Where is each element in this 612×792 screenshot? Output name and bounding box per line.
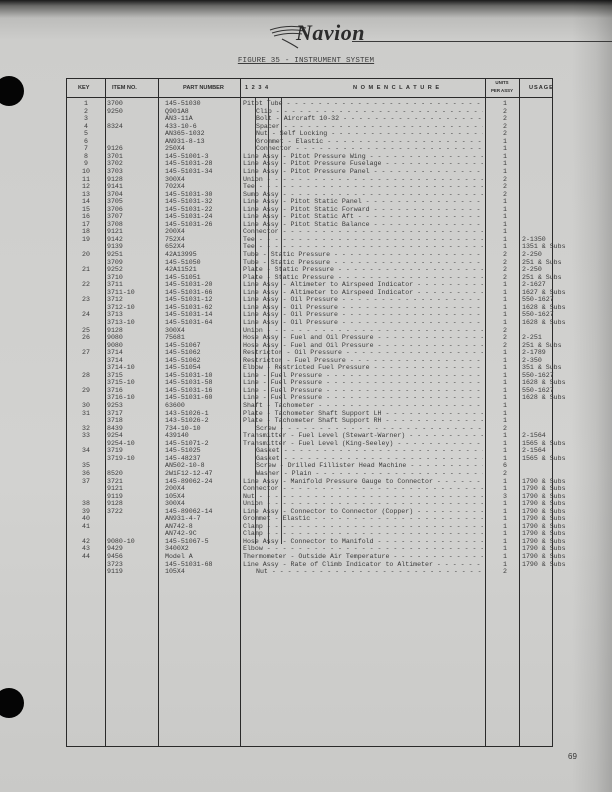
nomenclature-text: Clamp — [243, 523, 263, 530]
cell-item-no: 9252 — [107, 266, 123, 274]
cell-nomenclature: Nut - - - - - - - - - - - - - - - - - - … — [256, 568, 483, 576]
cell-nomenclature: Line Assy - Rate of Climb Indicator to A… — [243, 561, 483, 569]
cell-usage: 2-1564 — [522, 432, 546, 440]
header-usage: USAGE — [529, 85, 554, 91]
nomenclature-text: Elbow - Restricted Fuel Pressure — [243, 364, 370, 371]
cell-part-number: AN742-9C — [165, 530, 197, 538]
cell-units: 1 — [495, 387, 515, 395]
cell-nomenclature: Union - - - - - - - - - - - - - - - - - … — [243, 327, 483, 335]
cell-nomenclature: Connector - - - - - - - - - - - - - - - … — [243, 485, 483, 493]
cell-usage: 1628 & Subs — [522, 304, 566, 312]
cell-units: 1 — [495, 221, 515, 229]
cell-item-no: 3721 — [107, 478, 123, 486]
leader-dashes: - - - - - - - - - - - - - - - - - - - - … — [280, 455, 483, 462]
cell-part-number: 145-89062-14 — [165, 508, 212, 516]
nomenclature-text: Plate - Tachometer Shaft Support RH — [243, 417, 382, 424]
cell-key: 43 — [67, 545, 105, 553]
table-row: 3716-10145-51031-6011628 & SubsLine - Fu… — [67, 394, 552, 402]
table-row: 3709145-510502251 & SubsTube - Static Pr… — [67, 259, 552, 267]
cell-nomenclature: Nut - Self Locking - - - - - - - - - - -… — [256, 130, 483, 138]
cell-key: 34 — [67, 447, 105, 455]
cell-key: 5 — [67, 130, 105, 138]
nomenclature-text: Line Assy - Manifold Pressure Gauge to C… — [243, 478, 433, 485]
cell-units: 2 — [495, 327, 515, 335]
nomenclature-text: Transmitter - Fuel Level (King-Seeley) — [243, 440, 393, 447]
cell-item-no: 3718 — [107, 417, 123, 425]
cell-units: 1 — [495, 357, 515, 365]
leader-dashes: - - - - - - - - - - - - - - - - - - - - … — [389, 553, 483, 560]
cell-key: 39 — [67, 508, 105, 516]
cell-part-number: 143-51026-2 — [165, 417, 209, 425]
cell-nomenclature: Hose Assy - Fuel and Oil Pressure - - - … — [243, 334, 483, 342]
table-row: 48324433-10-62Spacer - - - - - - - - - -… — [67, 123, 552, 131]
cell-item-no: 3711 — [107, 281, 123, 289]
cell-nomenclature: Line Assy - Pitot Pressure Fuselage - - … — [243, 160, 483, 168]
cell-item-no: 9080 — [107, 334, 123, 342]
nomenclature-text: Plate - Static Pressure — [243, 274, 334, 281]
cell-key: 42 — [67, 538, 105, 546]
cell-key: 3 — [67, 115, 105, 123]
table-row: 9119105X431790 & SubsNut - - - - - - - -… — [67, 493, 552, 501]
leader-dashes: - - - - - - - - - - - - - - - - - - - - … — [279, 191, 483, 198]
cell-item-no: 3714 — [107, 349, 123, 357]
cell-key: 15 — [67, 206, 105, 214]
cell-item-no: 8324 — [107, 123, 123, 131]
header-units-line1: UNITS — [485, 80, 519, 85]
leader-dashes: - - - - - - - - - - - - - - - - - - - - … — [263, 327, 483, 334]
leader-dashes: - - - - - - - - - - - - - - - - - - - - … — [322, 379, 483, 386]
leader-dashes: - - - - - - - - - - - - - - - - - - - - … — [311, 470, 483, 477]
cell-key: 13 — [67, 191, 105, 199]
cell-part-number: 145-51031-24 — [165, 213, 212, 221]
leader-dashes: - - - - - - - - - - - - - - - - - - - - … — [283, 100, 483, 107]
page-number: 69 — [568, 752, 577, 761]
cell-item-no: 9128 — [107, 327, 123, 335]
cell-usage: 1351 & Subs — [522, 243, 566, 251]
cell-units: 1 — [495, 145, 515, 153]
cell-item-no: 9254-10 — [107, 440, 135, 448]
table-row: 3710145-510512251 & SubsPlate - Static P… — [67, 274, 552, 282]
cell-part-number: 300X4 — [165, 176, 185, 184]
cell-part-number: 702X4 — [165, 183, 185, 191]
table-row: 3714-10145-510541351 & SubsElbow - Restr… — [67, 364, 552, 372]
leader-dashes: - - - - - - - - - - - - - - - - - - - - … — [279, 485, 483, 492]
cell-part-number: 145-51051 — [165, 274, 201, 282]
leader-dashes: - - - - - - - - - - - - - - - - - - - - … — [370, 364, 483, 371]
cell-nomenclature: Plate - Static Pressure - - - - - - - - … — [243, 266, 483, 274]
leader-dashes: - - - - - - - - - - - - - - - - - - - - … — [413, 289, 483, 296]
cell-item-no: 3709 — [107, 259, 123, 267]
cell-nomenclature: Line Assy - Oil Pressure - - - - - - - -… — [243, 304, 483, 312]
table-row: 2690807568122-251Hose Assy - Fuel and Oi… — [67, 334, 552, 342]
cell-nomenclature: Line - Fuel Pressure - - - - - - - - - -… — [243, 394, 483, 402]
table-row: 3713-10145-51031-6411628 & SubsLine Assy… — [67, 319, 552, 327]
nomenclature-text: Gasket — [256, 447, 280, 454]
cell-usage: 2-350 — [522, 357, 542, 365]
leader-dashes: - - - - - - - - - - - - - - - - - - - - … — [310, 515, 483, 522]
cell-key: 27 — [67, 349, 105, 357]
cell-part-number: 145-51031-66 — [165, 289, 212, 297]
nomenclature-text: Clip — [256, 108, 272, 115]
cell-usage: 2-250 — [522, 251, 542, 259]
cell-nomenclature: Clamp - - - - - - - - - - - - - - - - - … — [243, 530, 483, 538]
cell-nomenclature: Plate - Tachometer Shaft Support LH - - … — [243, 410, 483, 418]
table-row: AN742-9C11790 & SubsClamp - - - - - - - … — [67, 530, 552, 538]
cell-units: 1 — [495, 160, 515, 168]
table-row: 328439734-10-102Screw - - - - - - - - - … — [67, 425, 552, 433]
leader-dashes: - - - - - - - - - - - - - - - - - - - - … — [413, 281, 483, 288]
cell-item-no: 9121 — [107, 228, 123, 236]
cell-units: 1 — [495, 553, 515, 561]
cell-units: 1 — [495, 228, 515, 236]
cell-part-number: 75681 — [165, 334, 185, 342]
leader-dashes: - - - - - - - - - - - - - - - - - - - - … — [255, 183, 483, 190]
cell-units: 1 — [495, 168, 515, 176]
cell-part-number: 145-51050 — [165, 259, 201, 267]
nomenclature-text: Grommet - Elastic — [256, 138, 323, 145]
table-row: 9254-10145-51071-211565 & SubsTransmitte… — [67, 440, 552, 448]
cell-part-number: 3400X2 — [165, 545, 189, 553]
cell-item-no: 9254 — [107, 432, 123, 440]
cell-nomenclature: Line Assy - Manifold Pressure Gauge to C… — [243, 478, 483, 486]
nomenclature-text: Hose Assy - Fuel and Oil Pressure — [243, 342, 374, 349]
cell-units: 1 — [495, 410, 515, 418]
cell-nomenclature: Line Assy - Pitot Static Balance - - - -… — [243, 221, 483, 229]
header-nomenclature: N O M E N C L A T U R E — [353, 85, 440, 91]
nomenclature-text: Thermometer - Outside Air Temperature — [243, 553, 389, 560]
cell-nomenclature: Line Assy - Pitot Pressure Wing - - - - … — [243, 153, 483, 161]
cell-units: 2 — [495, 115, 515, 123]
cell-part-number: 145-51071-2 — [165, 440, 209, 448]
cell-units: 1 — [495, 523, 515, 531]
cell-item-no: 3719-10 — [107, 455, 135, 463]
leader-dashes: - - - - - - - - - - - - - - - - - - - - … — [382, 410, 484, 417]
leader-dashes: - - - - - - - - - - - - - - - - - - - - … — [374, 538, 483, 545]
cell-part-number: 145-51031-60 — [165, 394, 212, 402]
figure-title: FIGURE 35 - INSTRUMENT SYSTEM — [0, 57, 612, 65]
cell-units: 2 — [495, 176, 515, 184]
cell-units: 2 — [495, 425, 515, 433]
cell-nomenclature: Connector - - - - - - - - - - - - - - - … — [256, 145, 483, 153]
cell-units: 1 — [495, 417, 515, 425]
nomenclature-text: Line Assy - Oil Pressure — [243, 319, 338, 326]
nomenclature-text: Restrictor - Oil Pressure — [243, 349, 342, 356]
cell-nomenclature: Pitot Tube - - - - - - - - - - - - - - -… — [243, 100, 483, 108]
cell-units: 1 — [495, 440, 515, 448]
cell-units: 1 — [495, 100, 515, 108]
nomenclature-text: Union — [243, 176, 263, 183]
cell-part-number: 145-51030 — [165, 100, 201, 108]
cell-item-no: 8439 — [107, 425, 123, 433]
table-row: 3723145-51031-6811790 & SubsLine Assy - … — [67, 561, 552, 569]
nomenclature-text: Line - Fuel Pressure — [243, 372, 322, 379]
header-indent-levels: 1 2 3 4 — [245, 85, 269, 91]
cell-units: 3 — [495, 493, 515, 501]
cell-usage: 1790 & Subs — [522, 478, 566, 486]
leader-dashes: - - - - - - - - - - - - - - - - - - - - … — [370, 221, 483, 228]
cell-item-no: 9141 — [107, 183, 123, 191]
cell-item-no: 3706 — [107, 206, 123, 214]
cell-key: 37 — [67, 478, 105, 486]
nomenclature-text: Line Assy - Rate of Climb Indicator to A… — [243, 561, 433, 568]
leader-dashes: - - - - - - - - - - - - - - - - - - - - … — [272, 108, 483, 115]
cell-part-number: AN931-8-13 — [165, 138, 205, 146]
cell-units: 1 — [495, 485, 515, 493]
table-row: 129141702X42Tee - - - - - - - - - - - - … — [67, 183, 552, 191]
cell-usage: 2-1627 — [522, 281, 546, 289]
leader-dashes: - - - - - - - - - - - - - - - - - - - - … — [413, 508, 483, 515]
nomenclature-text: Plate - Static Pressure — [243, 266, 334, 273]
table-header: KEY ITEM NO. PART NUMBER 1 2 3 4 N O M E… — [67, 79, 552, 98]
table-row: 6AN931-8-131Grommet - Elastic - - - - - … — [67, 138, 552, 146]
cell-item-no: 3703 — [107, 168, 123, 176]
table-row: 3AN3-11A2Bolt - Aircraft 10-32 - - - - -… — [67, 115, 552, 123]
cell-usage: 2-1789 — [522, 349, 546, 357]
cell-part-number: 145-51031-34 — [165, 168, 212, 176]
cell-nomenclature: Tee - - - - - - - - - - - - - - - - - - … — [243, 236, 483, 244]
leader-dashes: - - - - - - - - - - - - - - - - - - - - … — [334, 266, 483, 273]
cell-part-number: AN742-8 — [165, 523, 193, 531]
leader-dashes: - - - - - - - - - - - - - - - - - - - - … — [322, 394, 483, 401]
cell-usage: 1790 & Subs — [522, 508, 566, 516]
table-row: 83701145-51001-31Line Assy - Pitot Press… — [67, 153, 552, 161]
cell-item-no: 3705 — [107, 198, 123, 206]
cell-item-no: 9142 — [107, 236, 123, 244]
cell-nomenclature: Sump Assy - - - - - - - - - - - - - - - … — [243, 191, 483, 199]
nomenclature-text: Union — [243, 500, 263, 507]
cell-item-no: 3708 — [107, 221, 123, 229]
cell-item-no: 3717 — [107, 410, 123, 418]
cell-nomenclature: Nut - - - - - - - - - - - - - - - - - - … — [243, 493, 483, 501]
cell-nomenclature: Thermometer - Outside Air Temperature - … — [243, 553, 483, 561]
cell-part-number: 42A11521 — [165, 266, 197, 274]
parts-table: KEY ITEM NO. PART NUMBER 1 2 3 4 N O M E… — [66, 78, 553, 747]
cell-part-number: 145-51031-62 — [165, 304, 212, 312]
cell-item-no: 3702 — [107, 160, 123, 168]
cell-key: 21 — [67, 266, 105, 274]
cell-part-number: 439140 — [165, 432, 189, 440]
cell-nomenclature: Line Assy - Altimeter to Airspeed Indica… — [243, 289, 483, 297]
cell-part-number: 145-51031-58 — [165, 379, 212, 387]
table-row: 40AN931-4-711790 & SubsGrommet - Elastic… — [67, 515, 552, 523]
cell-units: 6 — [495, 462, 515, 470]
cell-part-number: 734-10-10 — [165, 425, 201, 433]
leader-dashes: - - - - - - - - - - - - - - - - - - - - … — [280, 123, 483, 130]
leader-dashes: - - - - - - - - - - - - - - - - - - - - … — [433, 561, 483, 568]
cell-part-number: AN365-1032 — [165, 130, 205, 138]
nomenclature-text: Screw - Drilled Fillister Head Machine — [256, 462, 406, 469]
table-row: 3712-10145-51031-6211628 & SubsLine Assy… — [67, 304, 552, 312]
navion-logo: Navion — [268, 20, 418, 50]
header-units-line2: PER ASSY — [485, 88, 519, 93]
logo-text: Navion — [296, 20, 365, 46]
table-row: 223711145-51031-2012-1627Line Assy - Alt… — [67, 281, 552, 289]
cell-nomenclature: Line - Fuel Pressure - - - - - - - - - -… — [243, 387, 483, 395]
table-row: 29250Q901A82Clip - - - - - - - - - - - -… — [67, 108, 552, 116]
cell-units: 2 — [495, 342, 515, 350]
table-row: 173708145-51031-261Line Assy - Pitot Sta… — [67, 221, 552, 229]
cell-key: 18 — [67, 228, 105, 236]
table-row: 153706145-51031-221Line Assy - Pitot Sta… — [67, 206, 552, 214]
leader-dashes: - - - - - - - - - - - - - - - - - - - - … — [339, 115, 483, 122]
cell-nomenclature: Spacer - - - - - - - - - - - - - - - - -… — [256, 123, 483, 131]
cell-key: 11 — [67, 176, 105, 184]
cell-key: 4 — [67, 123, 105, 131]
leader-dashes: - - - - - - - - - - - - - - - - - - - - … — [276, 425, 483, 432]
cell-item-no: 3716-10 — [107, 394, 135, 402]
cell-nomenclature: Tee - - - - - - - - - - - - - - - - - - … — [243, 243, 483, 251]
leader-dashes: - - - - - - - - - - - - - - - - - - - - … — [382, 417, 484, 424]
nomenclature-text: Grommet - Elastic — [243, 515, 310, 522]
nomenclature-text: Tee — [243, 236, 255, 243]
cell-nomenclature: Tube - Static Pressure - - - - - - - - -… — [243, 259, 483, 267]
cell-units: 1 — [495, 530, 515, 538]
cell-part-number: 200X4 — [165, 228, 185, 236]
cell-part-number: 300X4 — [165, 500, 185, 508]
cell-part-number: 145-51031-32 — [165, 198, 212, 206]
cell-item-no: 9080 — [107, 342, 123, 350]
cell-nomenclature: Bolt - Aircraft 10-32 - - - - - - - - - … — [256, 115, 483, 123]
cell-part-number: 433-10-6 — [165, 123, 197, 131]
cell-key: 9 — [67, 160, 105, 168]
cell-key: 32 — [67, 425, 105, 433]
cell-nomenclature: Restrictor - Fuel Pressure - - - - - - -… — [243, 357, 483, 365]
table-row: 199142752X412-1350Tee - - - - - - - - - … — [67, 236, 552, 244]
nomenclature-text: Transmitter - Fuel Level (Stewart-Warner… — [243, 432, 405, 439]
nomenclature-text: Line - Fuel Pressure — [243, 394, 322, 401]
nomenclature-text: Connector — [243, 228, 279, 235]
leader-dashes: - - - - - - - - - - - - - - - - - - - - … — [255, 493, 483, 500]
cell-key: 35 — [67, 462, 105, 470]
table-row: 4394293400X211790 & SubsElbow - - - - - … — [67, 545, 552, 553]
cell-units: 1 — [495, 236, 515, 244]
cell-nomenclature: Line - Fuel Pressure - - - - - - - - - -… — [243, 372, 483, 380]
nomenclature-text: Tube - Static Pressure — [243, 251, 330, 258]
nomenclature-text: Line Assy - Pitot Static Balance — [243, 221, 370, 228]
cell-nomenclature: Tube - Static Pressure - - - - - - - - -… — [243, 251, 483, 259]
cell-nomenclature: Restrictor - Oil Pressure - - - - - - - … — [243, 349, 483, 357]
cell-usage: 1565 & Subs — [522, 440, 566, 448]
cell-nomenclature: Line Assy - Oil Pressure - - - - - - - -… — [243, 311, 483, 319]
leader-dashes: - - - - - - - - - - - - - - - - - - - - … — [268, 568, 483, 575]
cell-item-no: 3701 — [107, 153, 123, 161]
header-part-number: PART NUMBER — [183, 85, 224, 91]
cell-usage: 2-1564 — [522, 447, 546, 455]
cell-part-number: 145-51031-30 — [165, 191, 212, 199]
cell-nomenclature: Connector - - - - - - - - - - - - - - - … — [243, 228, 483, 236]
cell-part-number: 300X4 — [165, 327, 185, 335]
cell-nomenclature: Line Assy - Oil Pressure - - - - - - - -… — [243, 319, 483, 327]
table-row: 3718143-51026-21Plate - Tachometer Shaft… — [67, 417, 552, 425]
cell-key: 12 — [67, 183, 105, 191]
cell-item-no: 9119 — [107, 568, 123, 576]
cell-units: 2 — [495, 259, 515, 267]
cell-units: 1 — [495, 296, 515, 304]
cell-part-number: 145-51031-26 — [165, 221, 212, 229]
leader-dashes: - - - - - - - - - - - - - - - - - - - - … — [263, 176, 483, 183]
cell-item-no: 3715-10 — [107, 379, 135, 387]
cell-key: 2 — [67, 108, 105, 116]
cell-part-number: 145-51062 — [165, 349, 201, 357]
cell-nomenclature: Hose Assy - Fuel and Oil Pressure - - - … — [243, 342, 483, 350]
nomenclature-text: Clamp — [243, 530, 263, 537]
cell-usage: 550-1627 — [522, 296, 554, 304]
leader-dashes: - - - - - - - - - - - - - - - - - - - - … — [323, 138, 483, 145]
binder-hole-bottom — [0, 688, 24, 718]
cell-item-no: 3723 — [107, 561, 123, 569]
table-row: 79126250X41Connector - - - - - - - - - -… — [67, 145, 552, 153]
cell-part-number: 145-51067 — [165, 342, 201, 350]
cell-usage: 1790 & Subs — [522, 515, 566, 523]
cell-nomenclature: Gasket - - - - - - - - - - - - - - - - -… — [256, 455, 483, 463]
cell-units: 1 — [495, 500, 515, 508]
cell-key: 40 — [67, 515, 105, 523]
cell-nomenclature: Line Assy - Pitot Static Forward - - - -… — [243, 206, 483, 214]
cell-item-no: 9080-10 — [107, 538, 135, 546]
cell-usage: 1790 & Subs — [522, 545, 566, 553]
leader-dashes: - - - - - - - - - - - - - - - - - - - - … — [338, 311, 483, 318]
leader-dashes: - - - - - - - - - - - - - - - - - - - - … — [382, 160, 484, 167]
leader-dashes: - - - - - - - - - - - - - - - - - - - - … — [374, 334, 483, 341]
cell-units: 1 — [495, 508, 515, 516]
cell-units: 1 — [495, 213, 515, 221]
cell-key: 14 — [67, 198, 105, 206]
cell-part-number: 652X4 — [165, 243, 185, 251]
cell-usage: 1627 & Subs — [522, 289, 566, 297]
cell-item-no: 3713-10 — [107, 319, 135, 327]
leader-dashes: - - - - - - - - - - - - - - - - - - - - … — [263, 500, 483, 507]
cell-units: 1 — [495, 455, 515, 463]
leader-dashes: - - - - - - - - - - - - - - - - - - - - … — [255, 243, 483, 250]
cell-part-number: 145-51001-3 — [165, 153, 209, 161]
cell-usage: 1790 & Subs — [522, 500, 566, 508]
table-row: 233712145-51031-121550-1627Line Assy - O… — [67, 296, 552, 304]
leader-dashes: - - - - - - - - - - - - - - - - - - - - … — [263, 523, 483, 530]
cell-nomenclature: Hose Assy - Connector to Manifold - - - … — [243, 538, 483, 546]
nomenclature-text: Tube - Static Pressure — [243, 259, 330, 266]
cell-item-no: 9139 — [107, 243, 123, 251]
table-row: 9121200X411790 & SubsConnector - - - - -… — [67, 485, 552, 493]
leader-dashes: - - - - - - - - - - - - - - - - - - - - … — [338, 296, 483, 303]
cell-item-no: 3722 — [107, 508, 123, 516]
table-row: 5AN365-10322Nut - Self Locking - - - - -… — [67, 130, 552, 138]
nomenclature-text: Hose Assy - Fuel and Oil Pressure — [243, 334, 374, 341]
nomenclature-text: Line Assy - Pitot Static Panel — [243, 198, 362, 205]
cell-item-no: 9128 — [107, 176, 123, 184]
cell-part-number: 63600 — [165, 402, 185, 410]
cell-key: 19 — [67, 236, 105, 244]
table-row: 3719-10145-4823711565 & SubsGasket - - -… — [67, 455, 552, 463]
cell-nomenclature: Line - Fuel Pressure - - - - - - - - - -… — [243, 379, 483, 387]
cell-part-number: 752X4 — [165, 236, 185, 244]
cell-part-number: Model A — [165, 553, 193, 561]
cell-nomenclature: Line Assy - Oil Pressure - - - - - - - -… — [243, 296, 483, 304]
cell-key: 29 — [67, 387, 105, 395]
cell-units: 1 — [495, 289, 515, 297]
cell-units: 2 — [495, 334, 515, 342]
leader-dashes: - - - - - - - - - - - - - - - - - - - - … — [279, 228, 483, 235]
cell-item-no: 3715 — [107, 372, 123, 380]
cell-part-number: 145-51031-10 — [165, 372, 212, 380]
table-row: 259128300X42Union - - - - - - - - - - - … — [67, 327, 552, 335]
cell-part-number: 145-89062-24 — [165, 478, 212, 486]
cell-units: 2 — [495, 470, 515, 478]
page-edge-shadow — [572, 0, 612, 792]
cell-key: 22 — [67, 281, 105, 289]
table-row: 35AN502-10-86Screw - Drilled Fillister H… — [67, 462, 552, 470]
cell-usage: 351 & Subs — [522, 364, 562, 372]
cell-usage: 2-1350 — [522, 236, 546, 244]
